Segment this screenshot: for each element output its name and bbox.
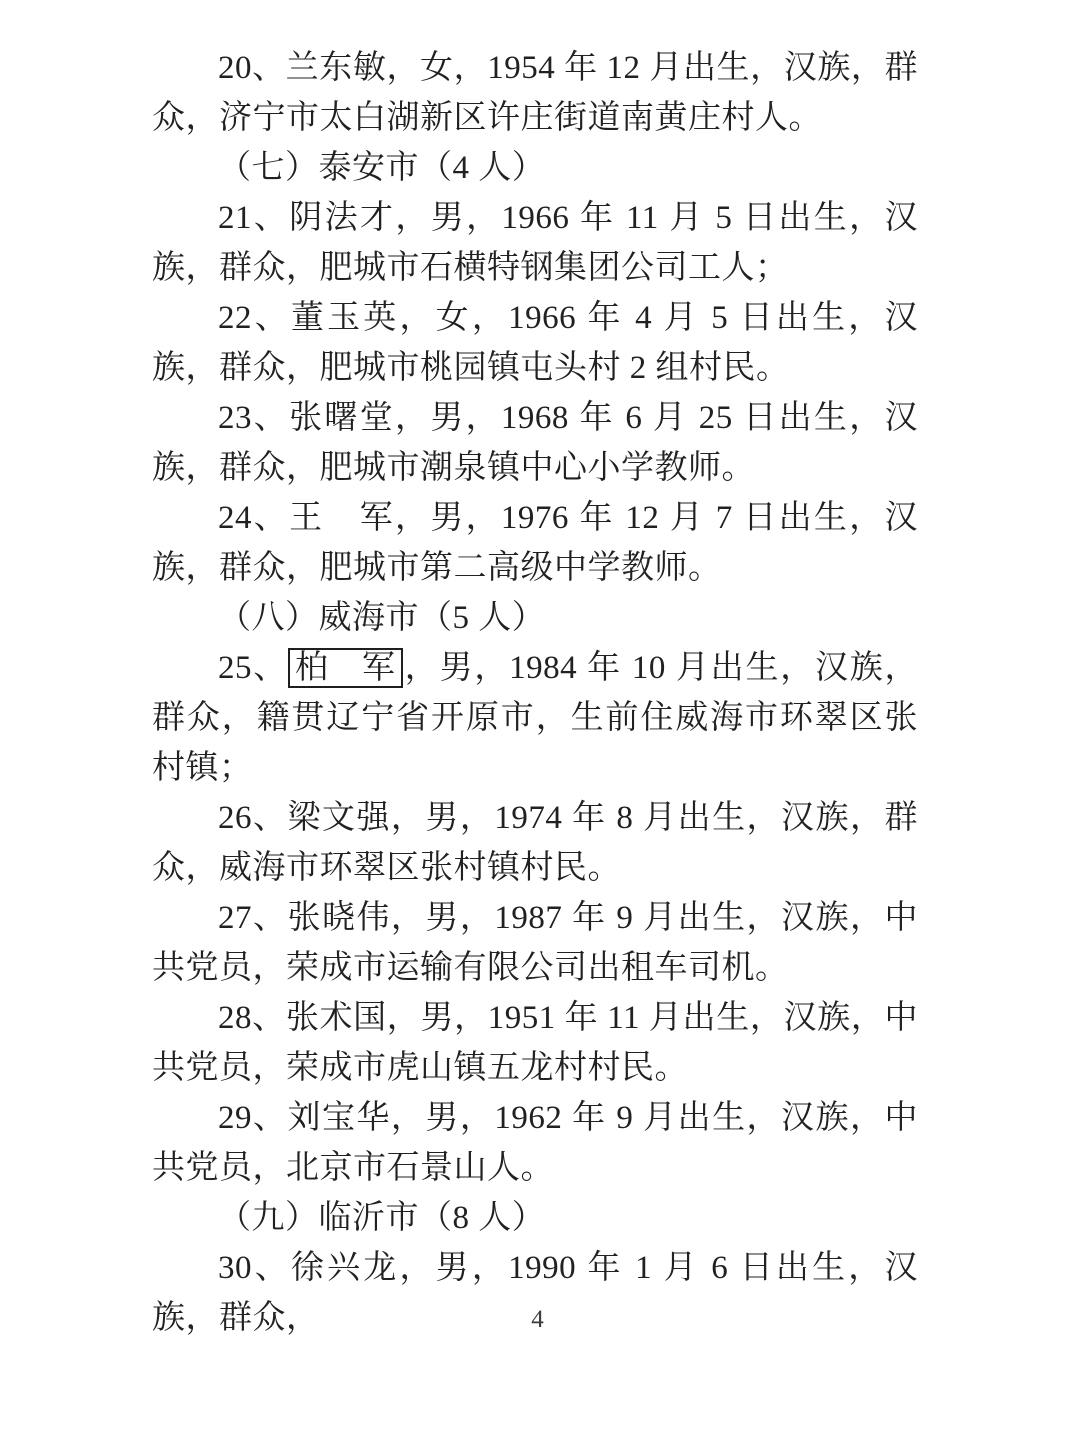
entry-paragraph: 23、张曙堂，男，1968 年 6 月 25 日出生，汉族，群众，肥城市潮泉镇中… — [152, 393, 918, 493]
text-segment: 20、兰东敏，女，1954 年 12 月出生，汉族，群众，济宁市太白湖新区许庄街… — [152, 50, 918, 136]
text-segment: （八）威海市（5 人） — [218, 600, 545, 636]
text-segment: （七）泰安市（4 人） — [218, 150, 545, 186]
entry-paragraph: 26、梁文强，男，1974 年 8 月出生，汉族，群众，威海市环翠区张村镇村民。 — [152, 793, 918, 893]
section-heading: （九）临沂市（8 人） — [152, 1193, 918, 1243]
section-heading: （八）威海市（5 人） — [152, 593, 918, 643]
text-segment: 21、阴法才，男，1966 年 11 月 5 日出生，汉族，群众，肥城市石横特钢… — [152, 200, 918, 286]
entry-paragraph: 29、刘宝华，男，1962 年 9 月出生，汉族，中共党员，北京市石景山人。 — [152, 1093, 918, 1193]
entry-paragraph: 22、董玉英，女，1966 年 4 月 5 日出生，汉族，群众，肥城市桃园镇屯头… — [152, 293, 918, 393]
section-heading: （七）泰安市（4 人） — [152, 143, 918, 193]
entry-paragraph: 20、兰东敏，女，1954 年 12 月出生，汉族，群众，济宁市太白湖新区许庄街… — [152, 43, 918, 143]
entry-paragraph: 25、柏 军，男，1984 年 10 月出生，汉族，群众，籍贯辽宁省开原市，生前… — [152, 643, 918, 793]
entry-paragraph: 28、张术国，男，1951 年 11 月出生，汉族，中共党员，荣成市虎山镇五龙村… — [152, 993, 918, 1093]
text-segment: 27、张晓伟，男，1987 年 9 月出生，汉族，中共党员，荣成市运输有限公司出… — [152, 900, 918, 986]
text-segment: 23、张曙堂，男，1968 年 6 月 25 日出生，汉族，群众，肥城市潮泉镇中… — [152, 400, 918, 486]
text-segment: 28、张术国，男，1951 年 11 月出生，汉族，中共党员，荣成市虎山镇五龙村… — [152, 1000, 918, 1086]
text-segment: （九）临沂市（8 人） — [218, 1200, 545, 1236]
boxed-name: 柏 军 — [288, 648, 403, 688]
text-segment: 24、王 军，男，1976 年 12 月 7 日出生，汉族，群众，肥城市第二高级… — [152, 500, 918, 586]
entry-paragraph: 21、阴法才，男，1966 年 11 月 5 日出生，汉族，群众，肥城市石横特钢… — [152, 193, 918, 293]
page-number: 4 — [0, 1306, 1075, 1334]
entry-paragraph: 27、张晓伟，男，1987 年 9 月出生，汉族，中共党员，荣成市运输有限公司出… — [152, 893, 918, 993]
text-segment: 29、刘宝华，男，1962 年 9 月出生，汉族，中共党员，北京市石景山人。 — [152, 1100, 918, 1186]
text-segment: 25、 — [218, 650, 288, 686]
entry-paragraph: 24、王 军，男，1976 年 12 月 7 日出生，汉族，群众，肥城市第二高级… — [152, 493, 918, 593]
document-page: 20、兰东敏，女，1954 年 12 月出生，汉族，群众，济宁市太白湖新区许庄街… — [0, 0, 1075, 1429]
text-segment: 22、董玉英，女，1966 年 4 月 5 日出生，汉族，群众，肥城市桃园镇屯头… — [152, 300, 918, 386]
document-body: 20、兰东敏，女，1954 年 12 月出生，汉族，群众，济宁市太白湖新区许庄街… — [152, 43, 918, 1343]
text-segment: 26、梁文强，男，1974 年 8 月出生，汉族，群众，威海市环翠区张村镇村民。 — [152, 800, 918, 886]
